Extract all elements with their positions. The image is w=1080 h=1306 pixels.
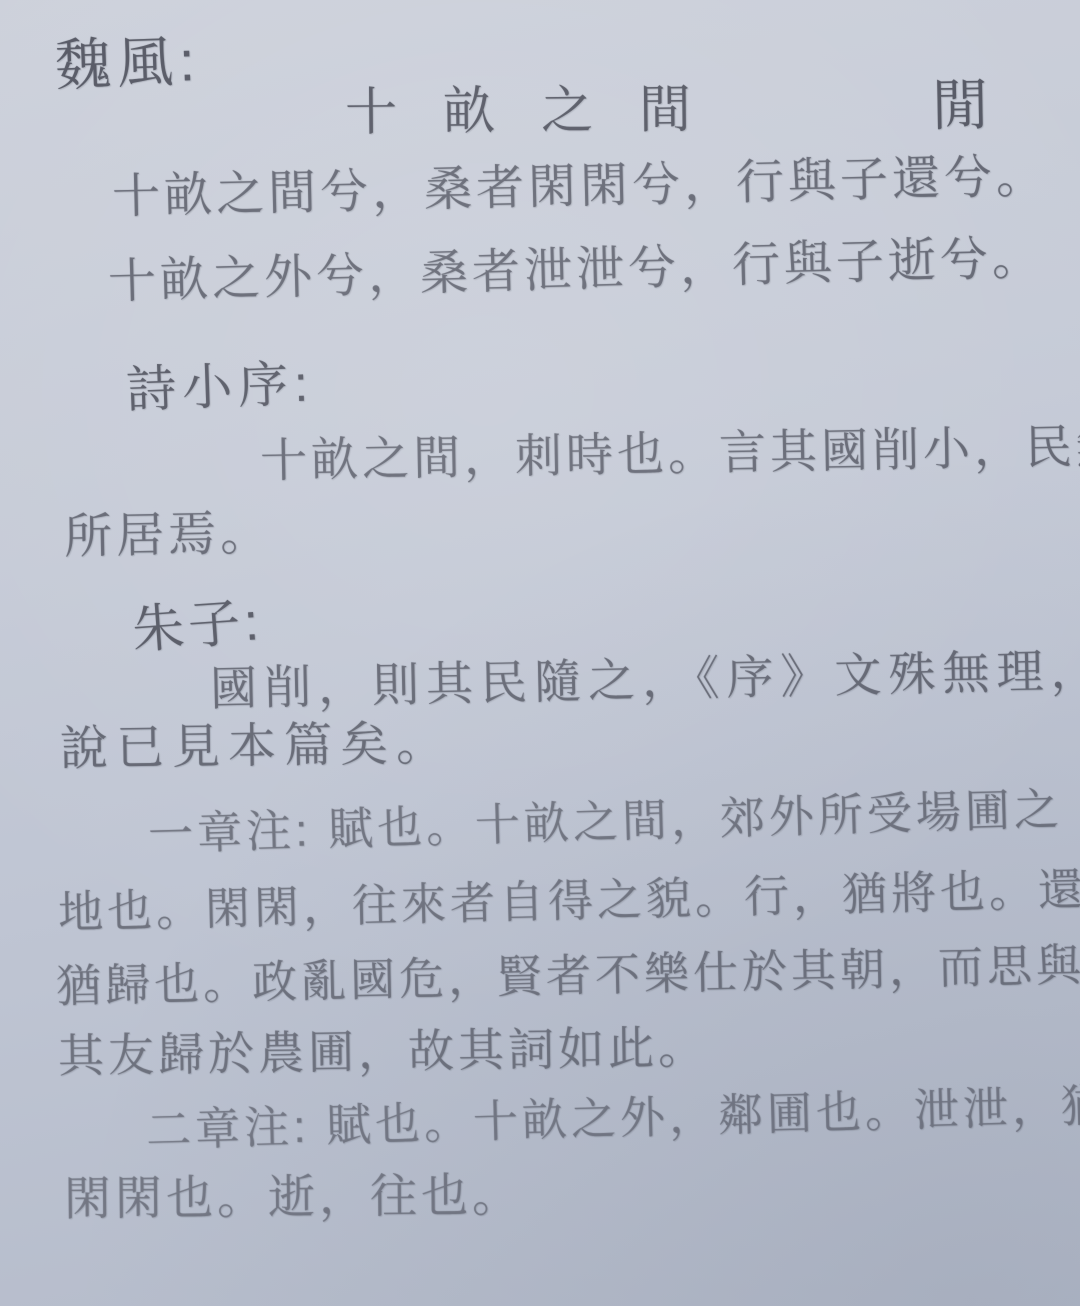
chapter1-note-line: 地也。閑閑，往來者自得之貌。行，猶將也。還: [57, 853, 1080, 941]
chapter1-note-line: 其友歸於農圃，故其詞如此。: [58, 1011, 709, 1086]
xiaoxu-heading: 詩小序:: [125, 343, 315, 422]
chapter1-note-line: 一章注: 賦也。十畝之間，郊外所受場圃之: [147, 772, 1063, 863]
margin-variant-char: 閒: [931, 61, 992, 142]
zhuzi-line: 說已見本篇矣。: [60, 705, 453, 779]
handwritten-manuscript-page: 魏風: 十畝之間 閒 十畝之間兮，桑者閑閑兮，行與子還兮。 十畝之外兮，桑者泄泄…: [0, 0, 1080, 1306]
poem-line: 十畝之外兮，桑者泄泄兮，行與子逝兮。: [107, 219, 1045, 312]
xiaoxu-line: 所居焉。: [63, 494, 272, 567]
xiaoxu-line: 十畝之間，刺時也。言其國削小，民無: [259, 409, 1080, 491]
section-label: 魏風:: [54, 17, 202, 102]
chapter1-note-line: 猶歸也。政亂國危，賢者不樂仕於其朝，而思與: [55, 928, 1080, 1015]
chapter2-note-line: 閑閑也。逝，往也。: [64, 1158, 524, 1229]
poem-title: 十畝之間: [345, 67, 738, 145]
poem-line: 十畝之間兮，桑者閑閑兮，行與子還兮。: [111, 137, 1048, 227]
